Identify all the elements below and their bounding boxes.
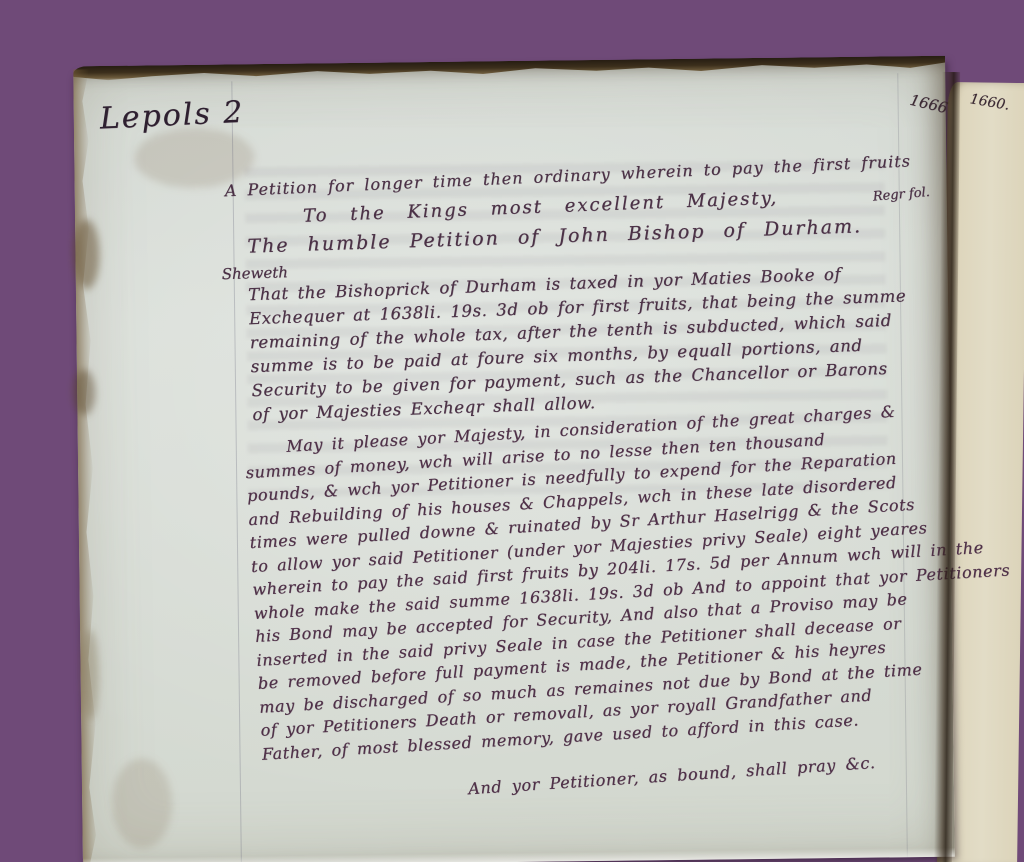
year-annotation-adjacent: 1660. — [969, 91, 1011, 114]
register-note: Regr fol. — [872, 185, 930, 205]
stain — [112, 758, 173, 849]
manuscript-page: Lepols 2 1666 A Petition for longer time… — [73, 59, 955, 862]
shelfmark: Lepols 2 — [99, 95, 245, 137]
stain — [134, 127, 255, 188]
petition-paragraph-2: May it please yor Majesty, in considerat… — [244, 395, 1002, 766]
torn-top-edge — [73, 56, 945, 82]
ragged-left-edge — [73, 69, 99, 862]
stain — [73, 219, 100, 289]
stain — [73, 369, 96, 415]
manuscript-photo: 1660. Lepols 2 1666 A Petition for longe… — [0, 0, 1024, 862]
closing-line: And yor Petitioner, as bound, shall pray… — [468, 753, 876, 798]
page-bottom-edge — [83, 848, 955, 862]
sheweth-label: Sheweth — [221, 263, 288, 283]
stain — [82, 629, 99, 719]
